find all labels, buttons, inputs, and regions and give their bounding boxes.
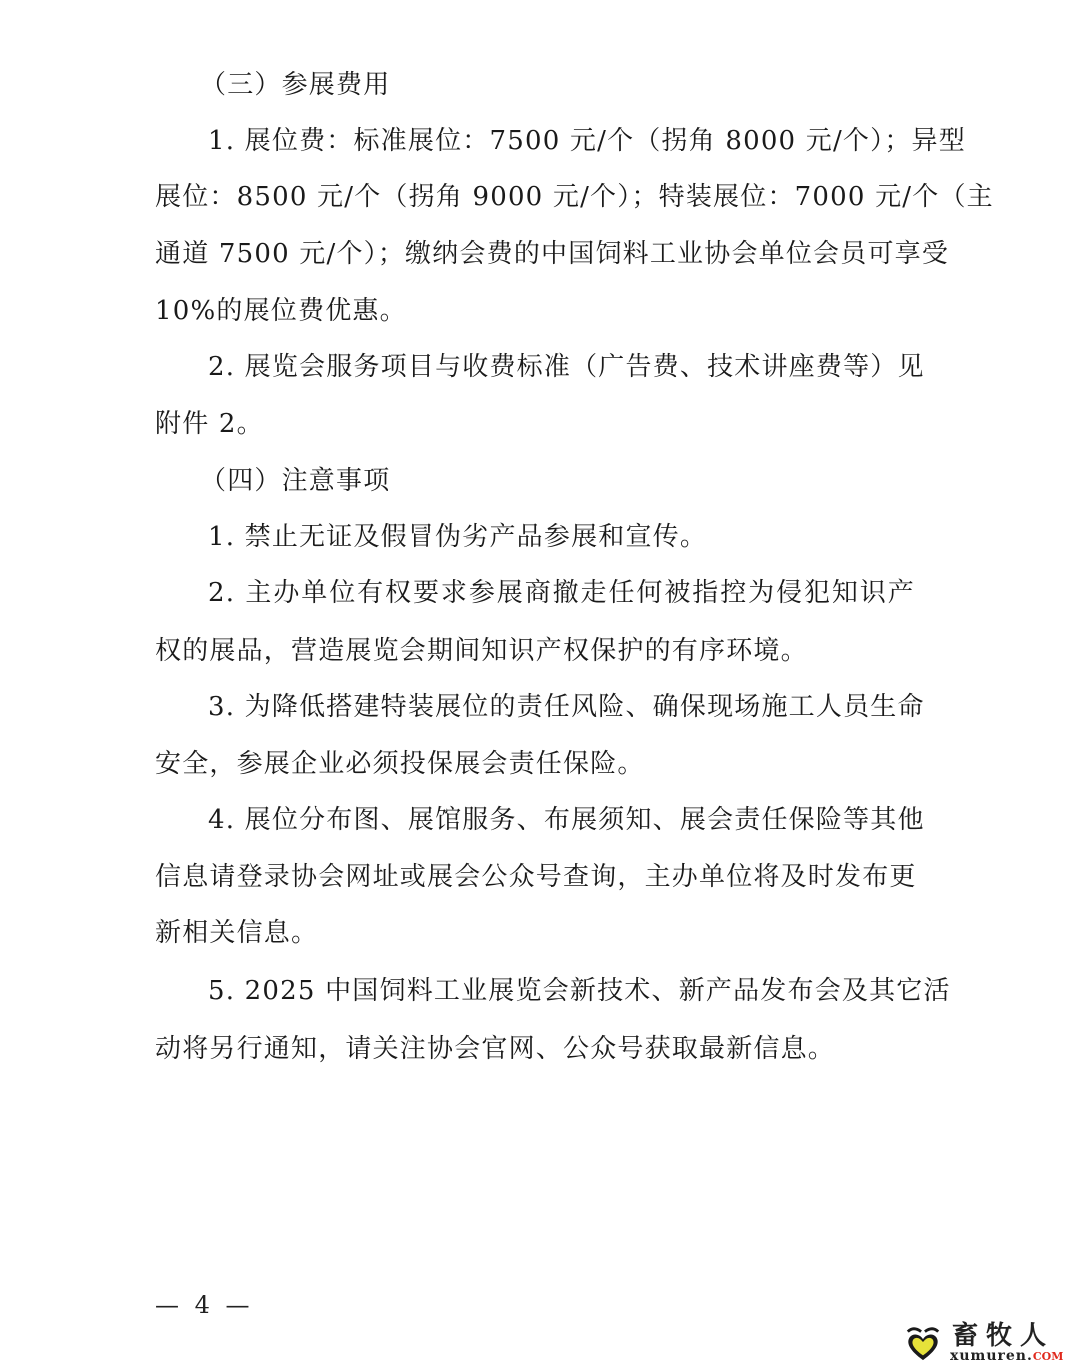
document-page: （三）参展费用 1. 展位费：标准展位：7500 元/个（拐角 8000 元/个… bbox=[0, 0, 1080, 1369]
paragraph-line: 展位：8500 元/个（拐角 9000 元/个）；特装展位：7000 元/个（主 bbox=[155, 182, 915, 212]
paragraph-line: 2. 主办单位有权要求参展商撤走任何被指控为侵犯知识产 bbox=[208, 578, 915, 608]
paragraph-line: 安全，参展企业必须投保展会责任保险。 bbox=[155, 749, 915, 779]
paragraph-line: 4. 展位分布图、展馆服务、布展须知、展会责任保险等其他 bbox=[208, 805, 915, 835]
watermark-domain-name: xumuren. bbox=[950, 1348, 1033, 1364]
paragraph-line: 动将另行通知，请关注协会官网、公众号获取最新信息。 bbox=[155, 1034, 915, 1064]
paragraph-line: 10%的展位费优惠。 bbox=[155, 296, 915, 326]
paragraph-line: 1. 展位费：标准展位：7500 元/个（拐角 8000 元/个）；异型 bbox=[208, 126, 915, 156]
paragraph-line: 1. 禁止无证及假冒伪劣产品参展和宣传。 bbox=[208, 522, 915, 552]
paragraph-line: 3. 为降低搭建特装展位的责任风险、确保现场施工人员生命 bbox=[208, 692, 915, 722]
paragraph-line: 权的展品，营造展览会期间知识产权保护的有序环境。 bbox=[155, 636, 915, 666]
paragraph-line: 5. 2025 中国饲料工业展览会新技术、新产品发布会及其它活 bbox=[208, 976, 915, 1006]
watermark-domain: xumuren.COM bbox=[950, 1349, 1063, 1364]
paragraph-line: 信息请登录协会网址或展会公众号查询，主办单位将及时发布更 bbox=[155, 862, 915, 892]
watermark-domain-tld: COM bbox=[1033, 1350, 1064, 1363]
section-heading-fees: （三）参展费用 bbox=[200, 70, 960, 100]
heart-eyes-logo-icon bbox=[904, 1324, 942, 1362]
paragraph-line: 通道 7500 元/个）；缴纳会费的中国饲料工业协会单位会员可享受 bbox=[155, 239, 915, 269]
watermark-title: 畜牧人 bbox=[952, 1322, 1054, 1350]
paragraph-line: 新相关信息。 bbox=[155, 918, 915, 948]
watermark-xumuren: 畜牧人 xumuren.COM bbox=[900, 1320, 1070, 1365]
section-heading-notes: （四）注意事项 bbox=[200, 466, 960, 496]
paragraph-line: 2. 展览会服务项目与收费标准（广告费、技术讲座费等）见 bbox=[208, 352, 915, 382]
paragraph-line: 附件 2。 bbox=[155, 409, 915, 439]
page-number: — 4 — bbox=[155, 1291, 254, 1319]
